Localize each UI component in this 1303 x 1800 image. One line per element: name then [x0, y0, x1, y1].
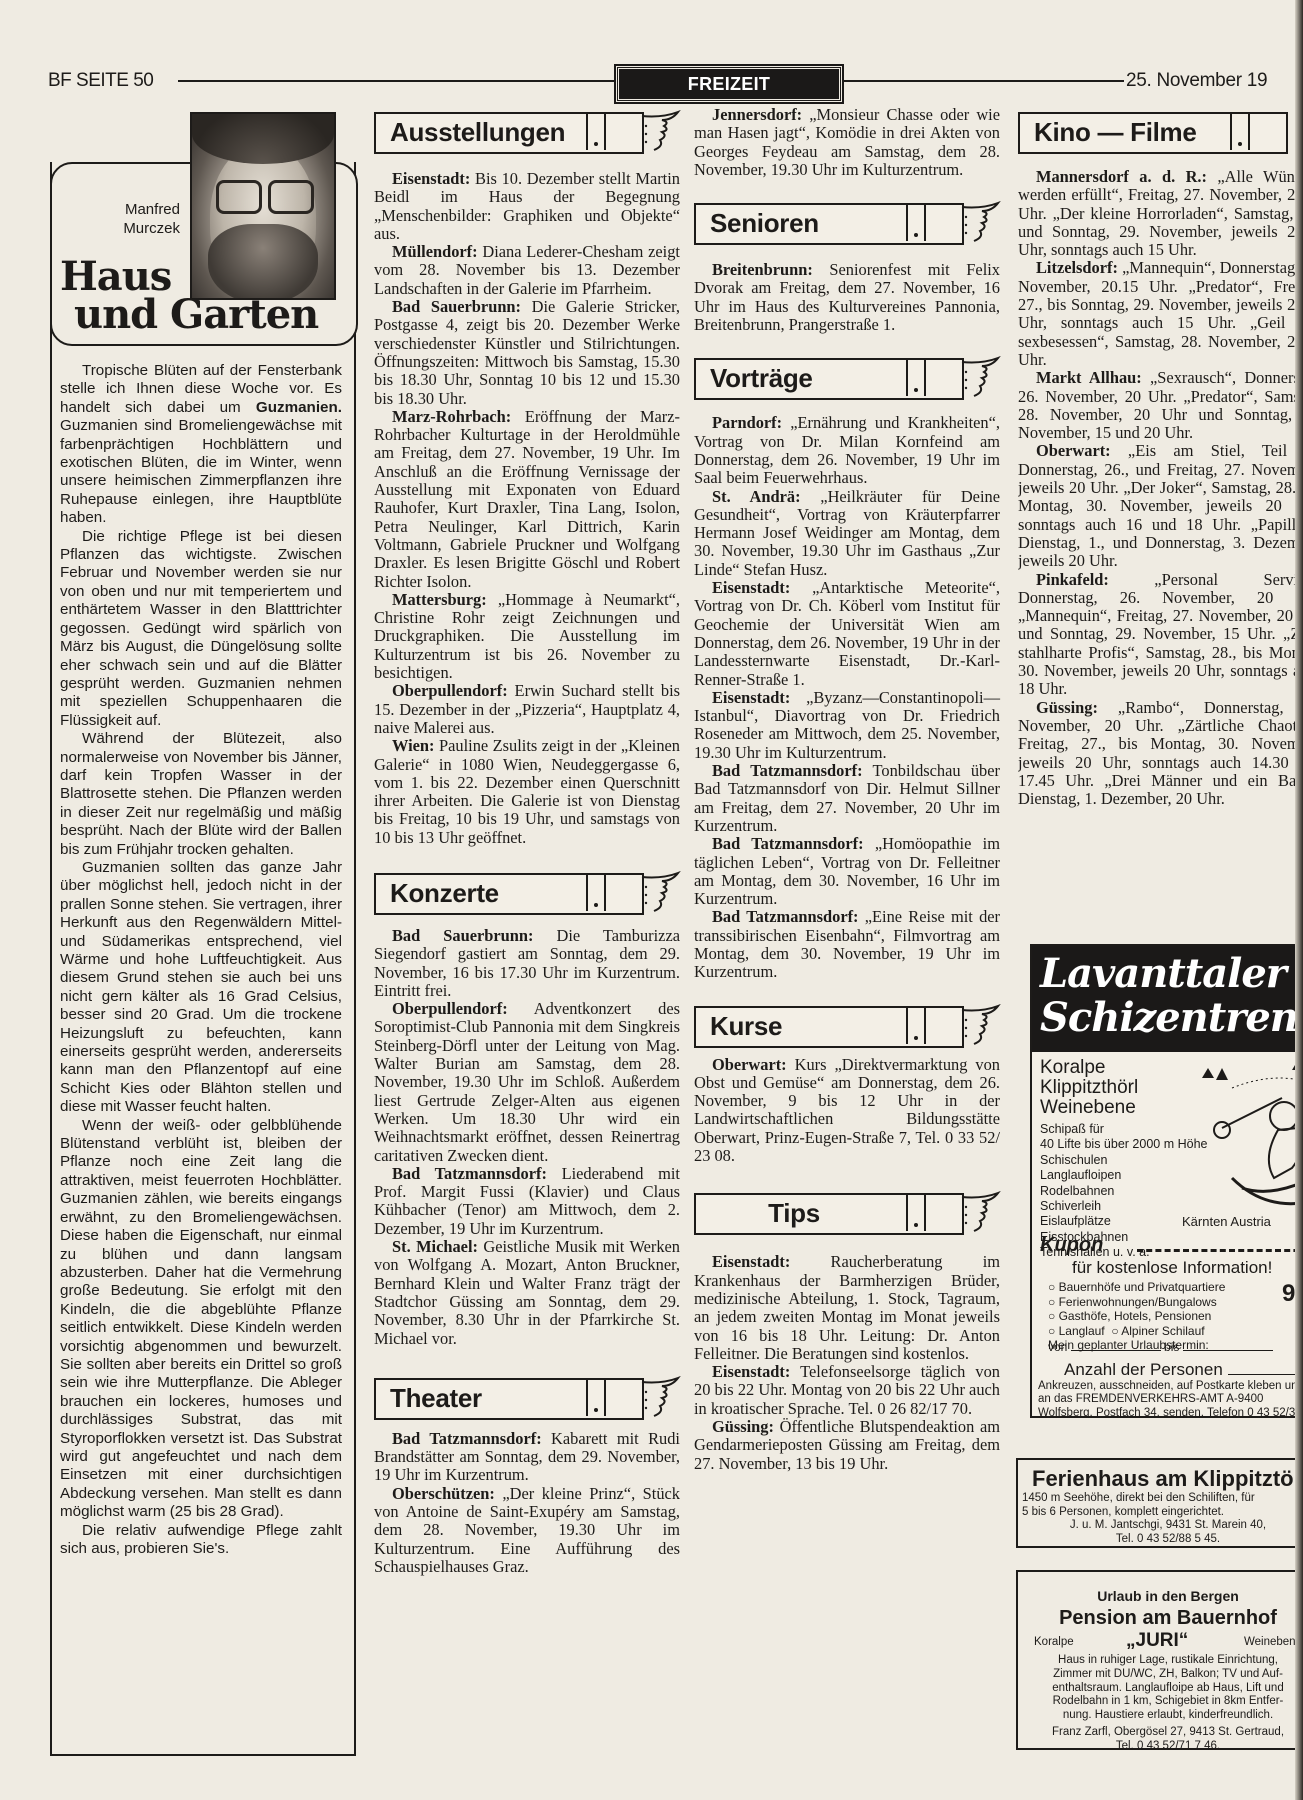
tab-fold	[586, 873, 644, 911]
listing-entry: Bad Tatzmannsdorf: „Eine Reise mit der t…	[694, 908, 1000, 981]
option-checkbox[interactable]: ○ Alpiner Schilauf	[1111, 1324, 1204, 1338]
section-title: Ausstellungen	[390, 117, 565, 148]
ad-place-right: Weinebene	[1244, 1636, 1302, 1648]
ad-lavanttaler-schizentren: Lavanttaler Schizentren Koralpe Klippitz…	[1030, 944, 1303, 1418]
listing-entry: Bad Sauerbrunn: Die Tamburizza Siegendor…	[374, 927, 680, 1000]
section-head-kino: Kino — Filme	[1018, 112, 1288, 154]
photo-glasses-left	[216, 180, 262, 214]
pointing-hand-icon	[638, 1376, 682, 1420]
listing-entry: Eisenstadt: Bis 10. Dezember stellt Mart…	[374, 170, 680, 243]
section-title: Vorträge	[710, 363, 813, 394]
listing-entry: Müllendorf: Diana Lederer-Chesham zeigt …	[374, 243, 680, 298]
karnten-austria-logo: Kärnten Austria	[1182, 1214, 1271, 1229]
listing-entry: Eisenstadt: Telefonseelsorge täglich von…	[694, 1363, 1000, 1418]
listing-entry: Eisenstadt: „Antarktische Meteorite“, Vo…	[694, 579, 1000, 689]
ad-name-row: Koralpe „JURI“ Weinebene	[1018, 1630, 1303, 1650]
article-paragraph: Wenn der weiß- oder gelbblühende Blütens…	[60, 1117, 342, 1522]
ad-kicker: Urlaub in den Bergen	[1018, 1588, 1303, 1604]
ad-ferienhaus: Ferienhaus am Klippitztörl 1450 m Seehöh…	[1016, 1458, 1303, 1548]
author-last-name: Murczek	[88, 219, 180, 238]
from-label: von	[1048, 1340, 1067, 1354]
desc-line: Rodelbahn in 1 km, Schigebiet in 8km Ent…	[1018, 1695, 1303, 1709]
listing-entry: Bad Sauerbrunn: Die Galerie Stricker, Po…	[374, 298, 680, 408]
ad-pension-juri: Urlaub in den Bergen Pension am Bauernho…	[1016, 1570, 1303, 1750]
section-title: Senioren	[710, 208, 819, 239]
listing-entry: Eisenstadt: „Byzanz—Constantinopoli—Ista…	[694, 689, 1000, 762]
section-title: Theater	[390, 1383, 482, 1414]
listing-entry: Oberwart: „Eis am Stiel, Teil 4“, Donner…	[1018, 442, 1303, 570]
section-head-tips: Tips	[694, 1193, 964, 1235]
tab-fold	[1230, 112, 1288, 150]
pointing-hand-icon	[958, 1191, 1002, 1235]
photo-hair	[192, 112, 334, 164]
desc-line: nung. Haustiere erlaubt, kinderfreundlic…	[1018, 1709, 1303, 1723]
ad-title: Pension am Bauernhof	[1018, 1607, 1303, 1630]
from-field[interactable]	[1071, 1350, 1161, 1351]
ad-address: J. u. M. Jantschgi, 9431 St. Marein 40,	[1018, 1519, 1303, 1533]
header-rule-left	[178, 80, 616, 82]
header-rule-right	[844, 80, 1124, 82]
listing-entry: Oberwart: Kurs „Direktvermarktung von Ob…	[694, 1056, 1000, 1166]
ad-text: 5 bis 6 Personen, komplett eingerichtet.	[1018, 1506, 1303, 1520]
section-head-theater: Theater	[374, 1378, 644, 1420]
listing-entry: Bad Tatzmannsdorf: Tonbildschau über Bad…	[694, 762, 1000, 835]
pointing-hand-icon	[958, 201, 1002, 245]
ad-number: 9	[1282, 1280, 1295, 1308]
article-paragraph: Die relativ aufwendige Pflege zahlt sich…	[60, 1522, 342, 1559]
haus-garten-article: Tropische Blüten auf der Fensterbank ste…	[60, 362, 342, 1558]
ad-place-left: Koralpe	[1034, 1636, 1074, 1648]
section-head-kurse: Kurse	[694, 1006, 964, 1048]
listing-entry: Mannersdorf a. d. R.: „Alle Wünsche werd…	[1018, 168, 1303, 259]
option-checkbox[interactable]: ○ Langlauf	[1048, 1324, 1105, 1338]
tab-fold	[906, 203, 964, 241]
pointing-hand-icon	[638, 110, 682, 154]
section-head-ausstellungen: Ausstellungen	[374, 112, 644, 154]
listing-entry: Güssing: „Rambo“, Donnerstag, 26. Novemb…	[1018, 699, 1303, 809]
ad-title-line-2: Schizentren	[1040, 996, 1303, 1040]
listing-entry: Marz-Rohrbach: Eröffnung der Marz-Rohrba…	[374, 408, 680, 591]
article-paragraph: Während der Blütezeit, also normalerweis…	[60, 730, 342, 859]
issue-date: 25. November 19	[1126, 70, 1267, 92]
tab-fold	[906, 1193, 964, 1231]
tab-fold	[586, 112, 644, 150]
kupon-label: Kupon	[1040, 1234, 1103, 1257]
section-title: Konzerte	[390, 878, 499, 909]
ad-description: Haus in ruhiger Lage, rustikale Einricht…	[1018, 1654, 1303, 1754]
pointing-hand-icon	[958, 1004, 1002, 1048]
author-byline: Manfred Murczek	[88, 200, 180, 238]
cut-line	[1137, 1249, 1303, 1252]
section-head-konzerte: Konzerte	[374, 873, 644, 915]
persons-label: Anzahl der Personen	[1064, 1360, 1223, 1379]
option-checkbox[interactable]: ○ Bauernhöfe und Privatquartiere	[1048, 1280, 1225, 1295]
listing-entry: Parndorf: „Ernährung und Krankheiten“, V…	[694, 414, 1000, 487]
date-range-fields: von bis	[1048, 1340, 1273, 1354]
column-3: Jennersdorf: „Monsieur Chasse oder wie m…	[694, 106, 1000, 1473]
article-paragraph: Die richtige Pflege ist bei diesen Pflan…	[60, 528, 342, 730]
photo-glasses-right	[268, 180, 314, 214]
persons-field-row: Anzahl der Personen	[1064, 1360, 1298, 1380]
skier-illustration-icon	[1182, 1058, 1303, 1213]
ad-pension-name: „JURI“	[1126, 1630, 1188, 1652]
section-title: Tips	[696, 1198, 892, 1229]
listing-entry: Oberschützen: „Der kleine Prinz“, Stück …	[374, 1485, 680, 1576]
ad-title-line-1: Lavanttaler	[1040, 952, 1303, 996]
section-title: Kino — Filme	[1034, 117, 1197, 148]
desc-line: Zimmer mit DU/WC, ZH, Balkon; TV und Auf…	[1018, 1668, 1303, 1682]
tab-fold	[906, 1006, 964, 1044]
listing-entry: Pinkafeld: „Personal Service“, Donnersta…	[1018, 571, 1303, 699]
desc-line: enthaltsraum. Langlaufloipe ab Haus, Lif…	[1018, 1682, 1303, 1696]
listing-entry: Oberpullendorf: Erwin Suchard stellt bis…	[374, 682, 680, 737]
listing-entry: Bad Tatzmannsdorf: Liederabend mit Prof.…	[374, 1165, 680, 1238]
article-paragraph: Tropische Blüten auf der Fensterbank ste…	[60, 362, 342, 528]
listing-entry: Bad Tatzmannsdorf: Kabarett mit Rudi Bra…	[374, 1430, 680, 1485]
column-4: Kino — Filme Mannersdorf a. d. R.: „Alle…	[1018, 112, 1303, 932]
tab-fold	[586, 1378, 644, 1416]
option-checkbox[interactable]: ○ Ferienwohnungen/Bungalows	[1048, 1295, 1225, 1310]
column-2: Ausstellungen Eisenstadt: Bis 10. Dezemb…	[374, 112, 680, 1576]
page-edge-shadow	[1295, 0, 1303, 1800]
listing-entry: St. Michael: Geistliche Musik mit Werken…	[374, 1238, 680, 1348]
heading-line-2: und Garten	[60, 296, 318, 334]
listing-entry: Breitenbrunn: Seniorenfest mit Felix Dvo…	[694, 261, 1000, 334]
to-label: bis	[1164, 1340, 1179, 1354]
option-checkbox[interactable]: ○ Gasthöfe, Hotels, Pensionen	[1048, 1309, 1225, 1324]
listing-entry: St. Andrä: „Heilkräuter für Deine Gesund…	[694, 488, 1000, 579]
kupon-subtitle: für kostenlose Information!	[1072, 1258, 1272, 1278]
section-title: Kurse	[710, 1011, 782, 1042]
ad-text: 1450 m Seehöhe, direkt bei den Schilifte…	[1018, 1492, 1303, 1506]
listing-entry: Oberpullendorf: Adventkonzert des Soropt…	[374, 1000, 680, 1165]
persons-field[interactable]	[1228, 1374, 1298, 1375]
author-first-name: Manfred	[88, 200, 180, 219]
listing-entry: Wien: Pauline Zsulits zeigt in der „Klei…	[374, 737, 680, 847]
section-badge: FREIZEIT	[616, 66, 842, 102]
listing-entry: Litzelsdorf: „Mannequin“, Donnerstag, 26…	[1018, 259, 1303, 369]
ad-title: Ferienhaus am Klippitztörl	[1018, 1466, 1303, 1492]
send-instructions: Ankreuzen, ausschneiden, auf Postkarte k…	[1038, 1380, 1303, 1418]
desc-line: Haus in ruhiger Lage, rustikale Einricht…	[1018, 1654, 1303, 1668]
page-number: BF SEITE 50	[48, 70, 153, 92]
listing-entry: Eisenstadt: Raucherberatung im Krankenha…	[694, 1253, 1000, 1363]
listing-entry: Jennersdorf: „Monsieur Chasse oder wie m…	[694, 106, 1000, 179]
tab-fold	[906, 358, 964, 396]
pointing-hand-icon	[958, 356, 1002, 400]
ad-banner: Lavanttaler Schizentren	[1032, 946, 1303, 1052]
ad-phone: Tel. 0 43 52/88 5 45.	[1018, 1533, 1303, 1547]
listing-entry: Mattersburg: „Hommage à Neumarkt“, Chris…	[374, 591, 680, 682]
column-heading: Haus und Garten	[60, 258, 318, 334]
ad-phone: Tel. 0 43 52/71 7 46.	[1018, 1740, 1303, 1754]
listing-entry: Güssing: Öffentliche Blutspendeaktion am…	[694, 1418, 1000, 1473]
ad-contact: Franz Zarfl, Obergösel 27, 9413 St. Gert…	[1018, 1726, 1303, 1740]
listing-entry: Markt Allhau: „Sexrausch“, Donnerstag, 2…	[1018, 369, 1303, 442]
to-field[interactable]	[1183, 1350, 1273, 1351]
section-head-vortraege: Vorträge	[694, 358, 964, 400]
pointing-hand-icon	[638, 871, 682, 915]
listing-entry: Bad Tatzmannsdorf: „Homöopathie im tägli…	[694, 835, 1000, 908]
article-paragraph: Guzmanien sollten das ganze Jahr über mö…	[60, 859, 342, 1117]
section-head-senioren: Senioren	[694, 203, 964, 245]
page-header: BF SEITE 50 FREIZEIT 25. November 19	[48, 66, 1303, 100]
